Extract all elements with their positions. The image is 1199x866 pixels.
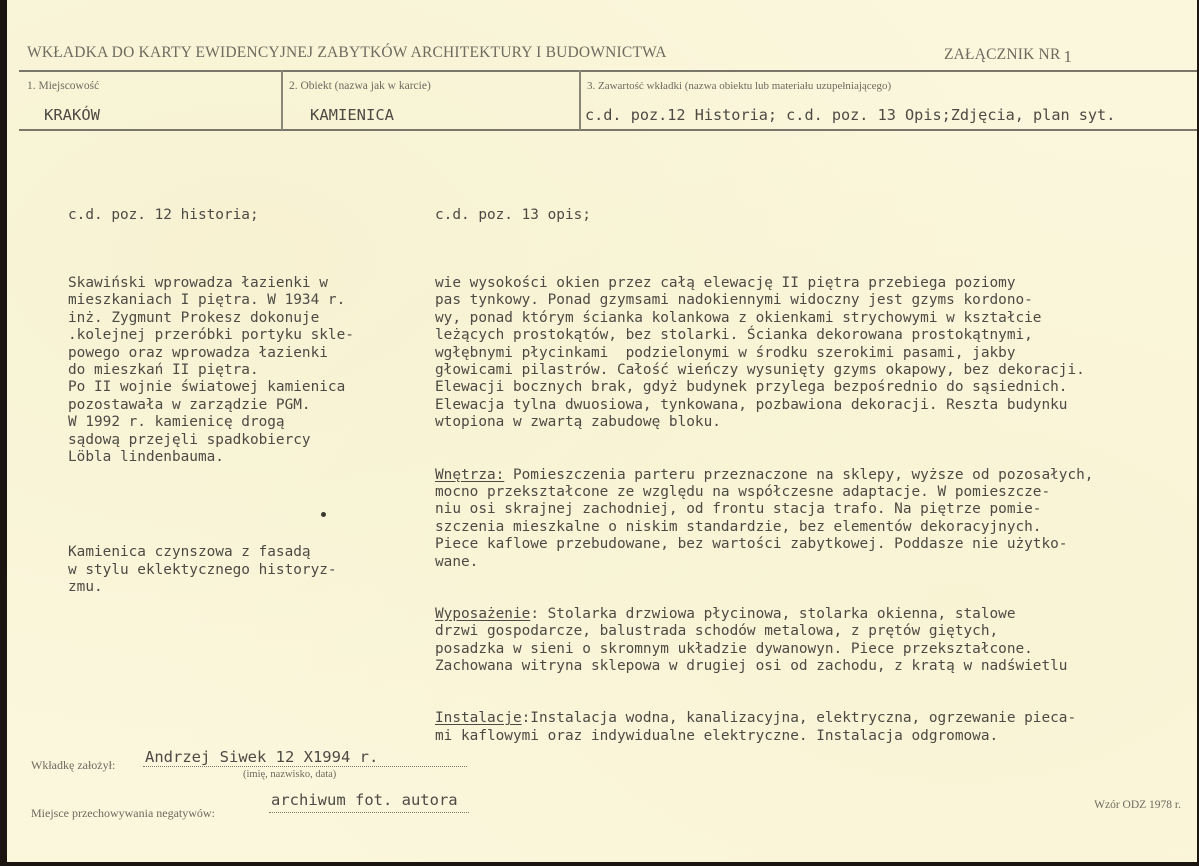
header-bottom-rule: [19, 129, 1197, 131]
interior-text: Pomieszczenia parteru przeznaczone na sk…: [435, 467, 1093, 570]
field-label-locality: 1. Miejscowość: [27, 80, 99, 92]
author-value: Andrzej Siwek 12 X1994 r.: [145, 748, 378, 766]
field-label-object: 2. Obiekt (nazwa jak w karcie): [289, 80, 431, 92]
annex-number: 1: [1064, 47, 1073, 66]
ink-speck: [321, 512, 326, 517]
form-title: WKŁADKA DO KARTY EWIDENCYJNEJ ZABYTKÓW A…: [27, 44, 667, 62]
negatives-value: archiwum fot. autora: [271, 791, 458, 809]
form-pattern-note: Wzór ODZ 1978 r.: [1094, 799, 1181, 811]
description-exterior: wie wysokości okien przez całą elewację …: [435, 275, 1195, 432]
description-installations: Instalacje:Instalacja wodna, kanalizacyj…: [435, 710, 1195, 745]
installations-text: :Instalacja wodna, kanalizacyjna, elektr…: [435, 710, 1076, 743]
equipment-label: Wyposażenie: [435, 606, 530, 622]
header-top-rule: [19, 70, 1197, 72]
history-paragraph-2: Kamienica czynszowa z fasadą w stylu ekl…: [68, 544, 428, 596]
negatives-label: Miejsce przechowywania negatywów:: [31, 806, 215, 821]
history-section: c.d. poz. 12 historia; Skawiński wprowad…: [68, 172, 428, 631]
negatives-dotted-line: [269, 812, 469, 813]
annex-label: ZAŁĄCZNIK NR1: [944, 44, 1072, 64]
equipment-text: : Stolarka drzwiowa płycinowa, stolarka …: [435, 606, 1067, 674]
author-label: Wkładkę założył:: [31, 758, 115, 773]
interior-label: Wnętrza:: [435, 467, 504, 483]
field-value-locality: KRAKÓW: [44, 106, 100, 124]
history-heading: c.d. poz. 12 historia;: [68, 207, 428, 224]
inventory-insert-card: WKŁADKA DO KARTY EWIDENCYJNEJ ZABYTKÓW A…: [7, 0, 1197, 862]
description-interior: Wnętrza: Pomieszczenia parteru przeznacz…: [435, 467, 1195, 571]
paragraph-gap: [68, 501, 428, 509]
field-divider-1: [281, 70, 283, 130]
author-hint: (imię, nazwisko, data): [243, 769, 336, 780]
field-value-contents: c.d. poz.12 Historia; c.d. poz. 13 Opis;…: [585, 106, 1115, 124]
author-dotted-line: [143, 766, 467, 767]
description-heading: c.d. poz. 13 opis;: [435, 207, 1195, 224]
installations-label: Instalacje: [435, 710, 522, 726]
annex-label-text: ZAŁĄCZNIK NR: [944, 46, 1061, 63]
field-value-object: KAMIENICA: [310, 106, 394, 124]
field-label-contents: 3. Zawartość wkładki (nazwa obiektu lub …: [587, 80, 891, 92]
description-section: c.d. poz. 13 opis; wie wysokości okien p…: [435, 172, 1195, 780]
description-equipment: Wyposażenie: Stolarka drzwiowa płycinowa…: [435, 606, 1195, 676]
field-divider-2: [579, 70, 581, 130]
history-paragraph-1: Skawiński wprowadza łazienki w mieszkani…: [68, 275, 428, 466]
